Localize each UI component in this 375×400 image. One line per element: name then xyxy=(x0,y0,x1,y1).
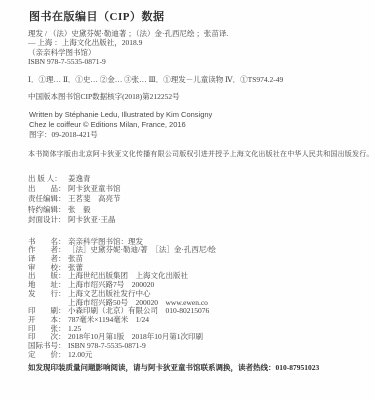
staff-value: 阿卡狄亚童书馆 xyxy=(68,184,121,194)
colophon-value: ［法］史黛芬妮·勒迪/著 ［法］金·孔西尼/绘 xyxy=(68,246,216,255)
colophon-value: 12.00元 xyxy=(68,351,92,360)
staff-value: 阿卡狄亚·王晶 xyxy=(68,215,116,225)
staff-row: 封面设计： 阿卡狄亚·王晶 xyxy=(28,215,375,225)
staff-row: 出 品： 阿卡狄亚童书馆 xyxy=(28,184,375,194)
staff-label: 出 版 人： xyxy=(28,174,68,184)
staff-label: 封面设计： xyxy=(28,215,68,225)
staff-value: 王茗斐 高亮节 xyxy=(68,194,121,204)
cip-record-number: 中国版本图书馆CIP数据核字(2018)第212252号 xyxy=(28,92,375,101)
cip-entry-line: （亲亲科学图书馆） xyxy=(28,48,375,57)
staff-row: 特约编辑： 张 毅 xyxy=(28,205,375,215)
cip-entry-block: 理发 / （法）史黛芬妮·勒迪著 ；（法）金·孔西尼绘 ；张苗译. — 上海 ：… xyxy=(28,29,375,67)
colophon-label: 发 行： xyxy=(28,290,68,299)
staff-block: 出 版 人： 姜逸青 出 品： 阿卡狄亚童书馆 责任编辑： 王茗斐 高亮节 特约… xyxy=(28,174,375,226)
cip-entry-line: — 上海 ：上海文化出版社，2018.9 xyxy=(28,38,375,47)
staff-row: 出 版 人： 姜逸青 xyxy=(28,174,375,184)
cip-header: 图书在版编目（CIP）数据 xyxy=(29,11,375,24)
cip-classification: Ⅰ．①理… Ⅱ．①史… ②金… ③张… Ⅲ．①理发－儿童读物 Ⅳ．①TS974.… xyxy=(28,75,375,84)
rights-statement: 本书简体字版由北京阿卡狄亚文化传播有限公司版权引进并授予上海文化出版社在中华人民… xyxy=(28,150,375,159)
staff-value: 姜逸青 xyxy=(68,174,91,184)
colophon-row: 定 价： 12.00元 xyxy=(28,351,375,360)
staff-label: 特约编辑： xyxy=(28,205,68,215)
colophon-label: 定 价： xyxy=(28,351,68,360)
staff-label: 出 品： xyxy=(28,184,68,194)
colophon-block: 书 名： 亲亲科学图书馆：理发 作 者： ［法］史黛芬妮·勒迪/著 ［法］金·孔… xyxy=(28,238,375,360)
cip-entry-line: 理发 / （法）史黛芬妮·勒迪著 ；（法）金·孔西尼绘 ；张苗译. xyxy=(28,29,375,38)
copyright-page: 图书在版编目（CIP）数据 理发 / （法）史黛芬妮·勒迪著 ；（法）金·孔西尼… xyxy=(0,0,375,400)
credit-written-by: Written by Stéphanie Ledu, Illustrated b… xyxy=(29,110,375,120)
credit-registration-number: 图字：09-2018-421号 xyxy=(29,130,375,140)
staff-value: 张 毅 xyxy=(68,205,91,215)
hotline-notice: 如发现印装质量问题影响阅读，请与阿卡狄亚童书馆联系调换，读者热线：010-879… xyxy=(28,363,375,373)
cip-entry-line: ISBN 978-7-5535-0871-9 xyxy=(28,57,375,66)
staff-row: 责任编辑： 王茗斐 高亮节 xyxy=(28,194,375,204)
credit-original-title: Chez le coiffeur © Editions Milan, Franc… xyxy=(29,120,375,130)
staff-label: 责任编辑： xyxy=(28,194,68,204)
source-credits-block: Written by Stéphanie Ledu, Illustrated b… xyxy=(29,110,375,140)
